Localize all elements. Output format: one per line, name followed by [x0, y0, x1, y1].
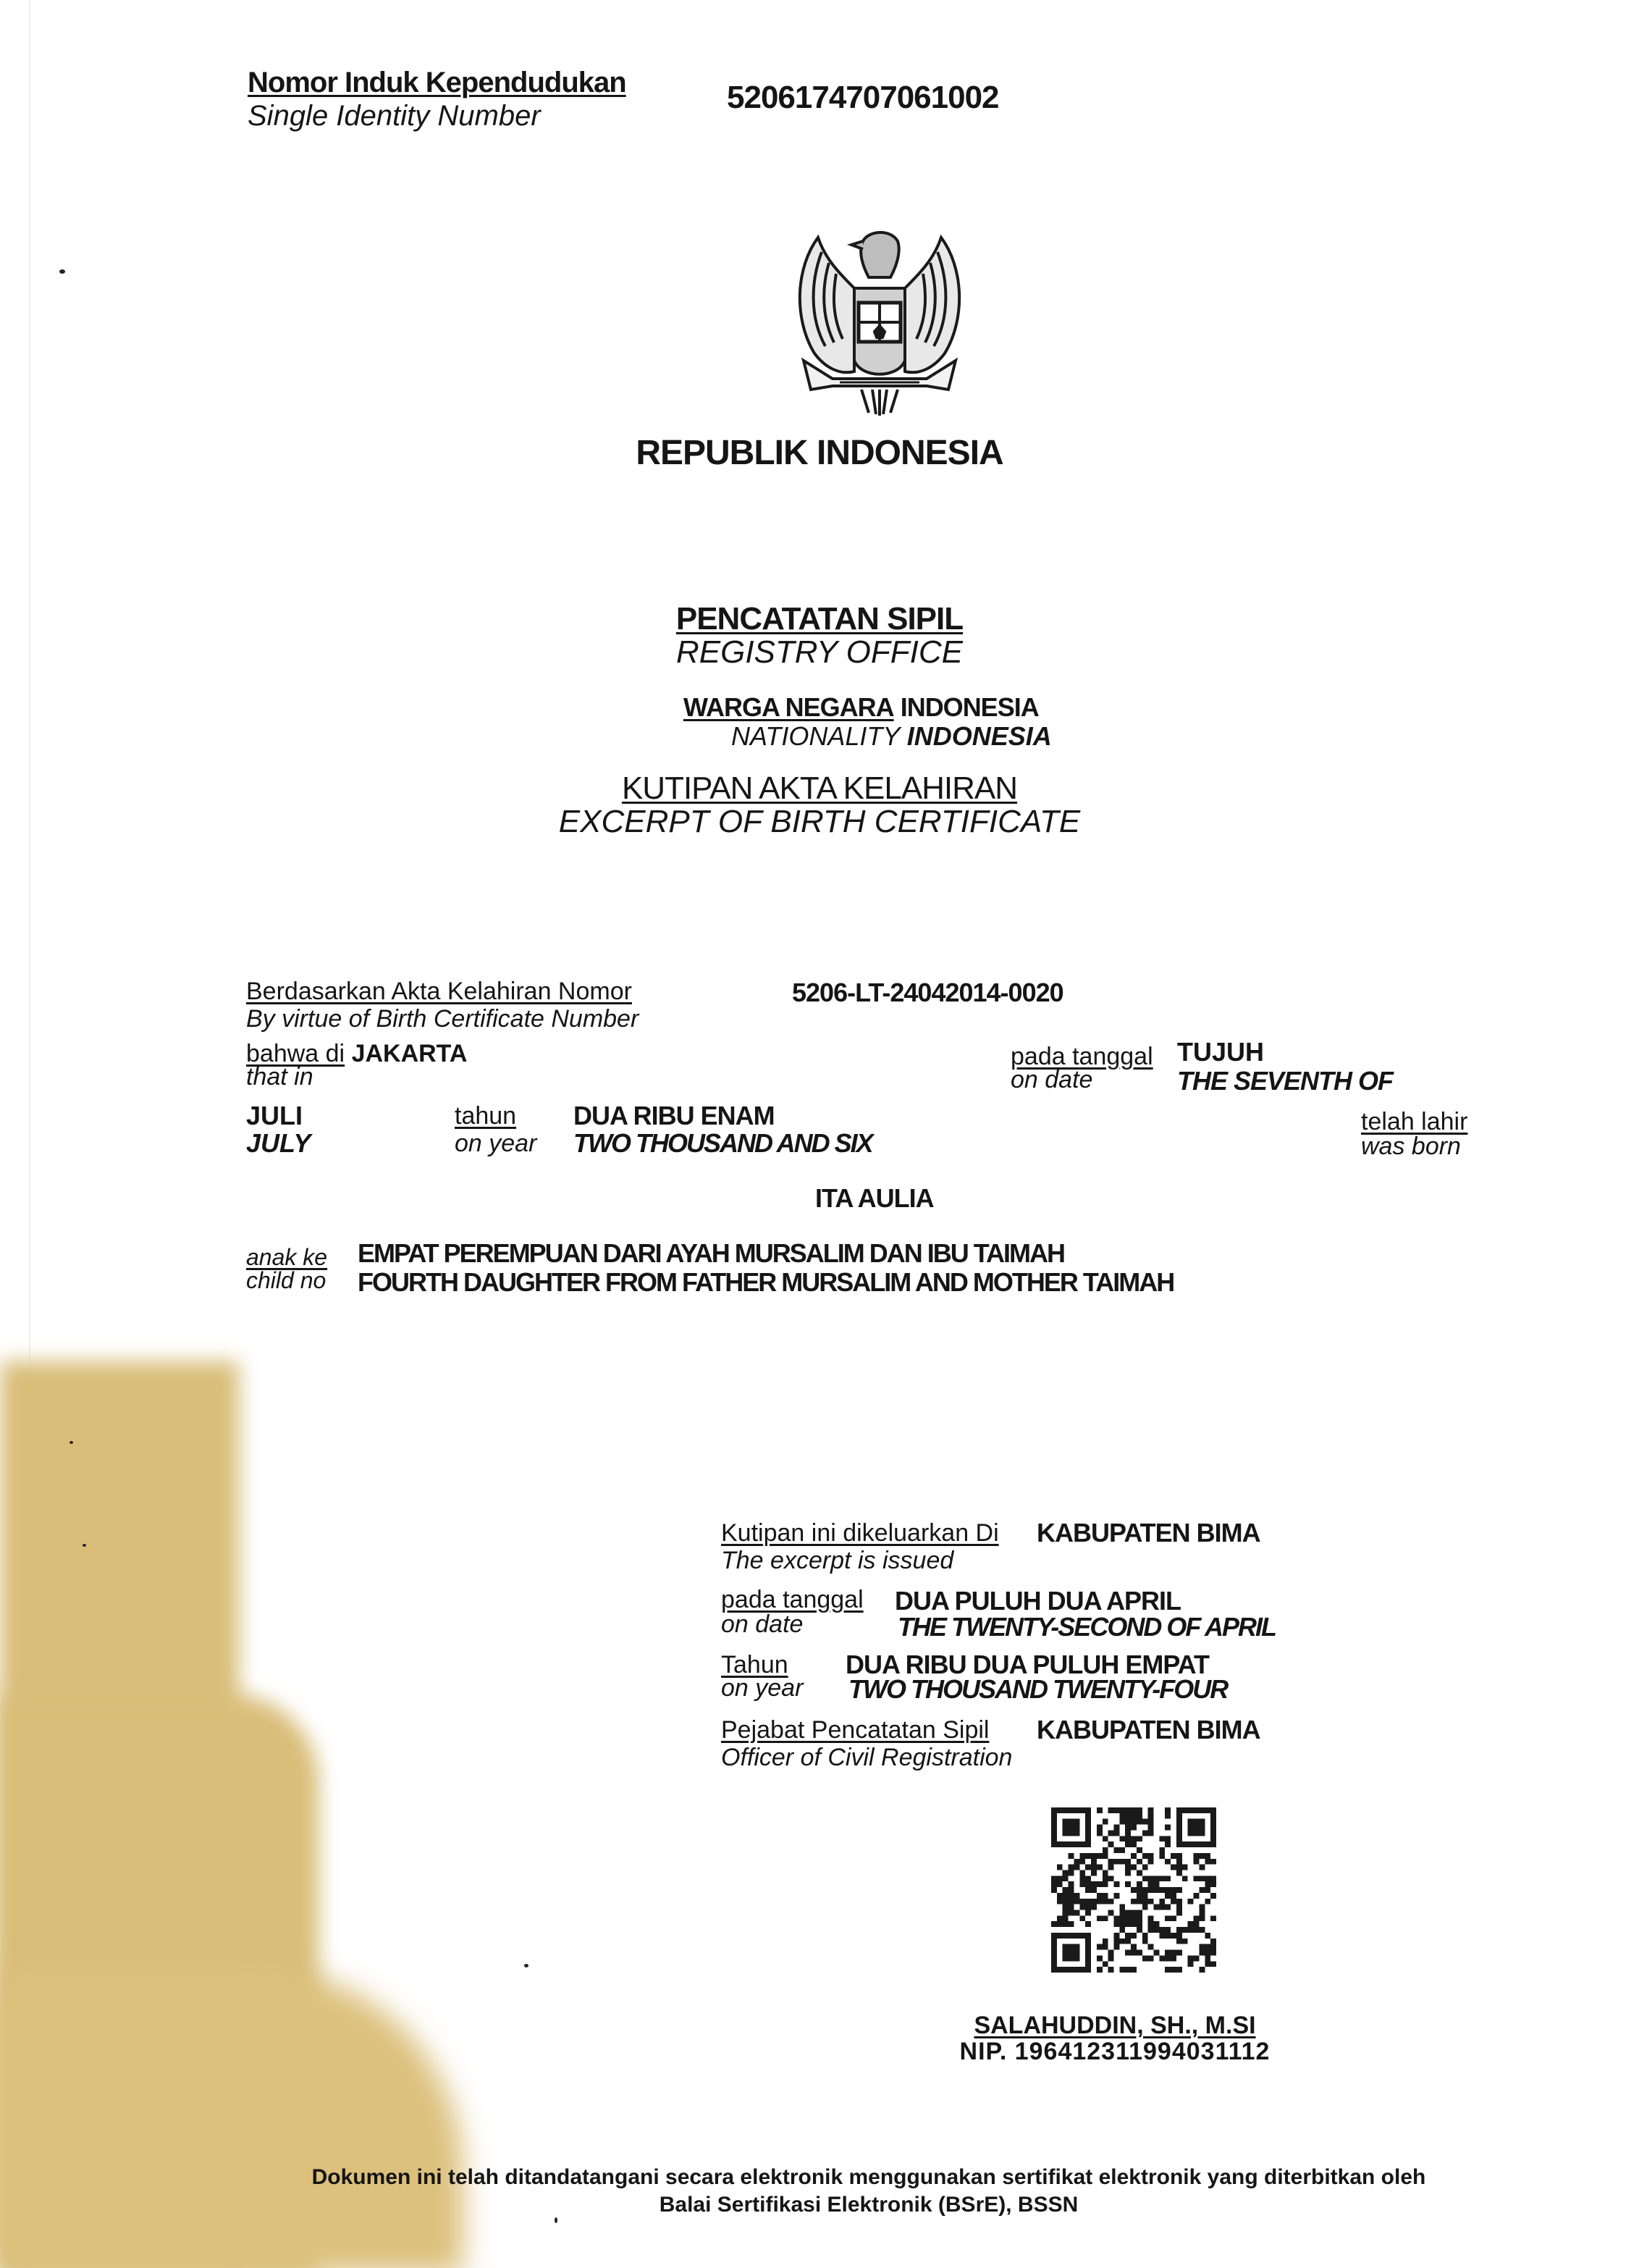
qr-code-icon [1051, 1806, 1216, 1974]
officer-nip: NIP. 196412311994031112 [941, 2038, 1289, 2066]
officer-name: SALAHUDDIN, SH., M.SI [941, 2012, 1289, 2040]
birth-month-en: JULY [246, 1128, 311, 1159]
nik-label-id: Nomor Induk Kependudukan [248, 67, 626, 99]
country-title: REPUBLIK INDONESIA [0, 433, 1639, 473]
footer-line-1: Dokumen ini telah ditandatangani secara … [232, 2165, 1506, 2190]
nationality-value-en: INDONESIA [907, 721, 1052, 751]
cert-number-value: 5206-LT-24042014-0020 [792, 978, 1063, 1008]
speck [524, 1964, 528, 1967]
issued-date-label-en: on date [721, 1610, 803, 1639]
birth-year-label-en: on year [455, 1130, 536, 1158]
birth-month-id: JULI [246, 1101, 303, 1131]
issued-place: KABUPATEN BIMA [1037, 1518, 1260, 1548]
office-title-id: PENCATATAN SIPIL [0, 601, 1639, 637]
nationality-label-id: WARGA NEGARA [683, 692, 894, 722]
nationality-label-en: NATIONALITY [731, 721, 900, 751]
officer-label-id: Pejabat Pencatatan Sipil [721, 1716, 989, 1744]
nationality-en: NATIONALITY INDONESIA [731, 721, 1052, 752]
birth-year-label-id: tahun [455, 1102, 516, 1130]
certificate-title-en: EXCERPT OF BIRTH CERTIFICATE [0, 804, 1639, 840]
child-desc-id: EMPAT PEREMPUAN DARI AYAH MURSALIM DAN I… [358, 1238, 1064, 1269]
speck [83, 1544, 86, 1547]
issued-year-en: TWO THOUSAND TWENTY-FOUR [848, 1674, 1227, 1705]
speck [69, 1441, 73, 1444]
birth-day-id: TUJUH [1177, 1037, 1264, 1067]
issued-label-en: The excerpt is issued [721, 1547, 953, 1575]
office-title-en: REGISTRY OFFICE [0, 634, 1639, 671]
nik-label-en: Single Identity Number [248, 100, 541, 133]
garuda-emblem-icon [782, 223, 977, 419]
issued-label-id: Kutipan ini dikeluarkan Di [721, 1519, 999, 1547]
speck [555, 2217, 557, 2223]
born-label-en: was born [1361, 1133, 1461, 1161]
child-desc-en: FOURTH DAUGHTER FROM FATHER MURSALIM AND… [358, 1267, 1174, 1298]
nationality-value-id: INDONESIA [901, 692, 1039, 722]
birth-place-label-en: that in [246, 1063, 313, 1091]
officer-label-en: Officer of Civil Registration [721, 1744, 1012, 1772]
child-name: ITA AULIA [815, 1183, 934, 1214]
birth-year-en: TWO THOUSAND AND SIX [573, 1128, 872, 1159]
cert-number-label-id: Berdasarkan Akta Kelahiran Nomor [246, 978, 632, 1006]
cert-number-label-en: By virtue of Birth Certificate Number [246, 1005, 639, 1033]
finger-shadow [0, 1970, 463, 2268]
officer-region: KABUPATEN BIMA [1037, 1715, 1260, 1745]
certificate-title-id: KUTIPAN AKTA KELAHIRAN [0, 770, 1639, 807]
issued-year-label-en: on year [721, 1674, 803, 1702]
footer-line-2: Balai Sertifikasi Elektronik (BSrE), BSS… [232, 2193, 1506, 2217]
birth-date-label-en: on date [1011, 1066, 1092, 1094]
birth-year-id: DUA RIBU ENAM [573, 1101, 775, 1131]
speck [59, 269, 65, 274]
birth-place-value: JAKARTA [352, 1040, 468, 1067]
birth-day-en: THE SEVENTH OF [1177, 1066, 1393, 1096]
nik-value: 5206174707061002 [727, 80, 999, 116]
child-no-label-en: child no [246, 1267, 326, 1294]
issued-date-en: THE TWENTY-SECOND OF APRIL [898, 1612, 1276, 1642]
nationality-id: WARGA NEGARA INDONESIA [683, 692, 1039, 723]
